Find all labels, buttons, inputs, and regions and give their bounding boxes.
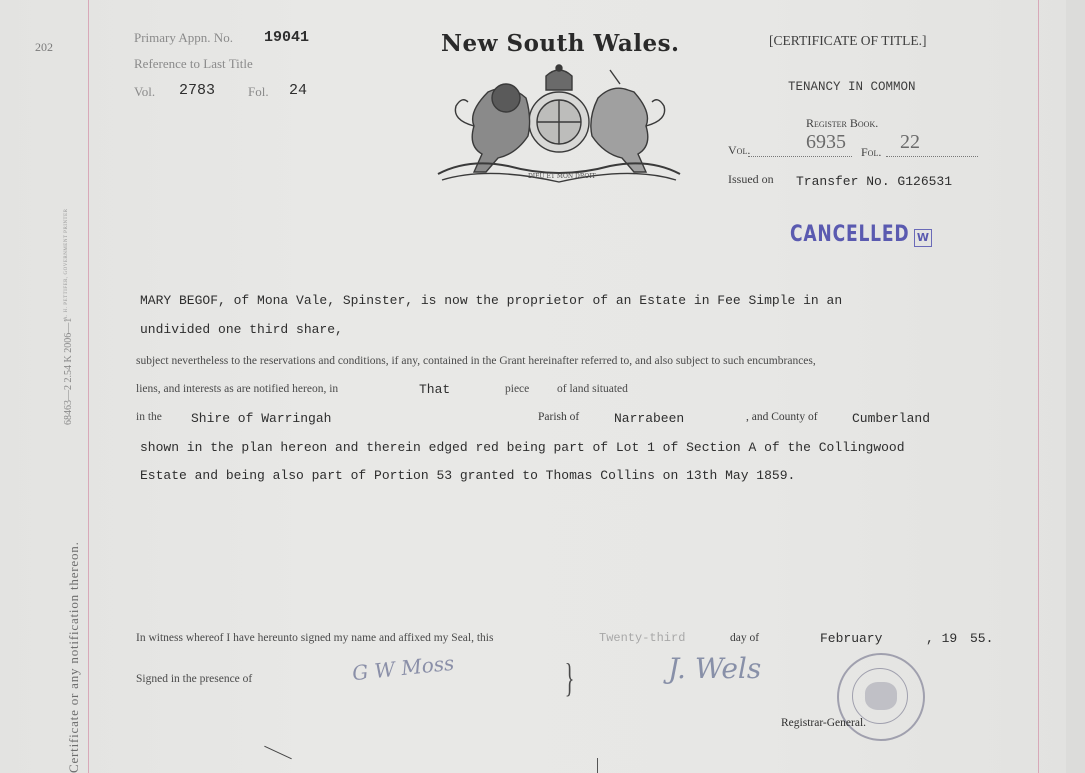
witness-clause: In witness whereof I have hereunto signe… [136,632,493,644]
day-value: Twenty-third [599,631,685,645]
page-number: 202 [35,40,53,55]
reference-label: Reference to Last Title [134,56,253,72]
registrar-general-label: Registrar-General. [781,717,866,729]
month-value: February [820,631,882,646]
issued-on-label: Issued on [728,172,774,187]
tenancy-type: TENANCY IN COMMON [788,80,916,94]
royal-coat-of-arms-icon: DIEU ET MON DROIT [428,62,690,184]
fol-label: Fol. [861,145,881,160]
county-label: , and County of [746,411,818,423]
subject-clause: subject nevertheless to the reservations… [136,355,816,367]
county-value: Cumberland [852,411,930,426]
share-line: undivided one third share, [140,322,343,337]
printer-name: A. H. PETTIFER, GOVERNMENT PRINTER [64,209,69,321]
parish-label: Parish of [538,411,579,423]
stamp-initials-box: W [914,229,932,247]
grant-description-line: Estate and being also part of Portion 53… [140,468,795,483]
cancelled-stamp: CANCELLED [790,222,909,247]
motto-text: DIEU ET MON DROIT [528,173,596,180]
parish-value: Narrabeen [614,411,684,426]
pen-mark [264,746,292,760]
piece-value: piece [505,383,529,395]
prev-fol-label: Fol. [248,84,269,100]
year-value: 55. [970,631,993,646]
issued-on-value: Transfer No. G126531 [796,174,952,189]
shire-value: Shire of Warringah [191,411,331,426]
seal-emblem-icon [865,682,897,710]
primary-appn-label: Primary Appn. No. [134,30,233,46]
vol-label: Vol. [728,143,750,158]
plan-description-line: shown in the plan hereon and therein edg… [140,440,905,455]
that-value: That [419,382,450,397]
prev-vol-label: Vol. [134,84,155,100]
certificate-type: [CERTIFICATE OF TITLE.] [769,33,927,49]
vol-value: 6935 [806,131,846,154]
proprietor-line: MARY BEGOF, of Mona Vale, Spinster, is n… [140,293,842,308]
signed-presence-label: Signed in the presence of [136,673,252,685]
printer-code: 68463—2 2.54 K 2006—1 [63,318,74,425]
certificate-of-title-page: 202 68463—2 2.54 K 2006—1 A. H. PETTIFER… [0,0,1085,773]
signature-brace: } [565,654,575,701]
document-title: New South Wales. [441,30,680,57]
land-situated-label: of land situated [557,383,628,395]
prev-vol-value: 2783 [179,82,215,99]
pen-mark [597,758,598,773]
primary-appn-value: 19041 [264,29,309,46]
margin-side-note: Certificate or any notification thereon. [66,541,82,773]
page-edge [1066,0,1085,773]
registrar-signature: J. Wels [668,652,761,685]
in-the-label: in the [136,411,162,423]
right-margin-rule [1038,0,1039,773]
prev-fol-value: 24 [289,82,307,99]
year-prefix: , 19 [926,631,957,646]
liens-clause: liens, and interests as are notified her… [136,383,338,395]
fol-value: 22 [900,131,920,154]
left-margin-rule [88,0,89,773]
register-book-label: Register Book. [806,116,878,131]
witness-signature: G W Moss [351,651,455,686]
day-of-label: day of [730,632,759,644]
